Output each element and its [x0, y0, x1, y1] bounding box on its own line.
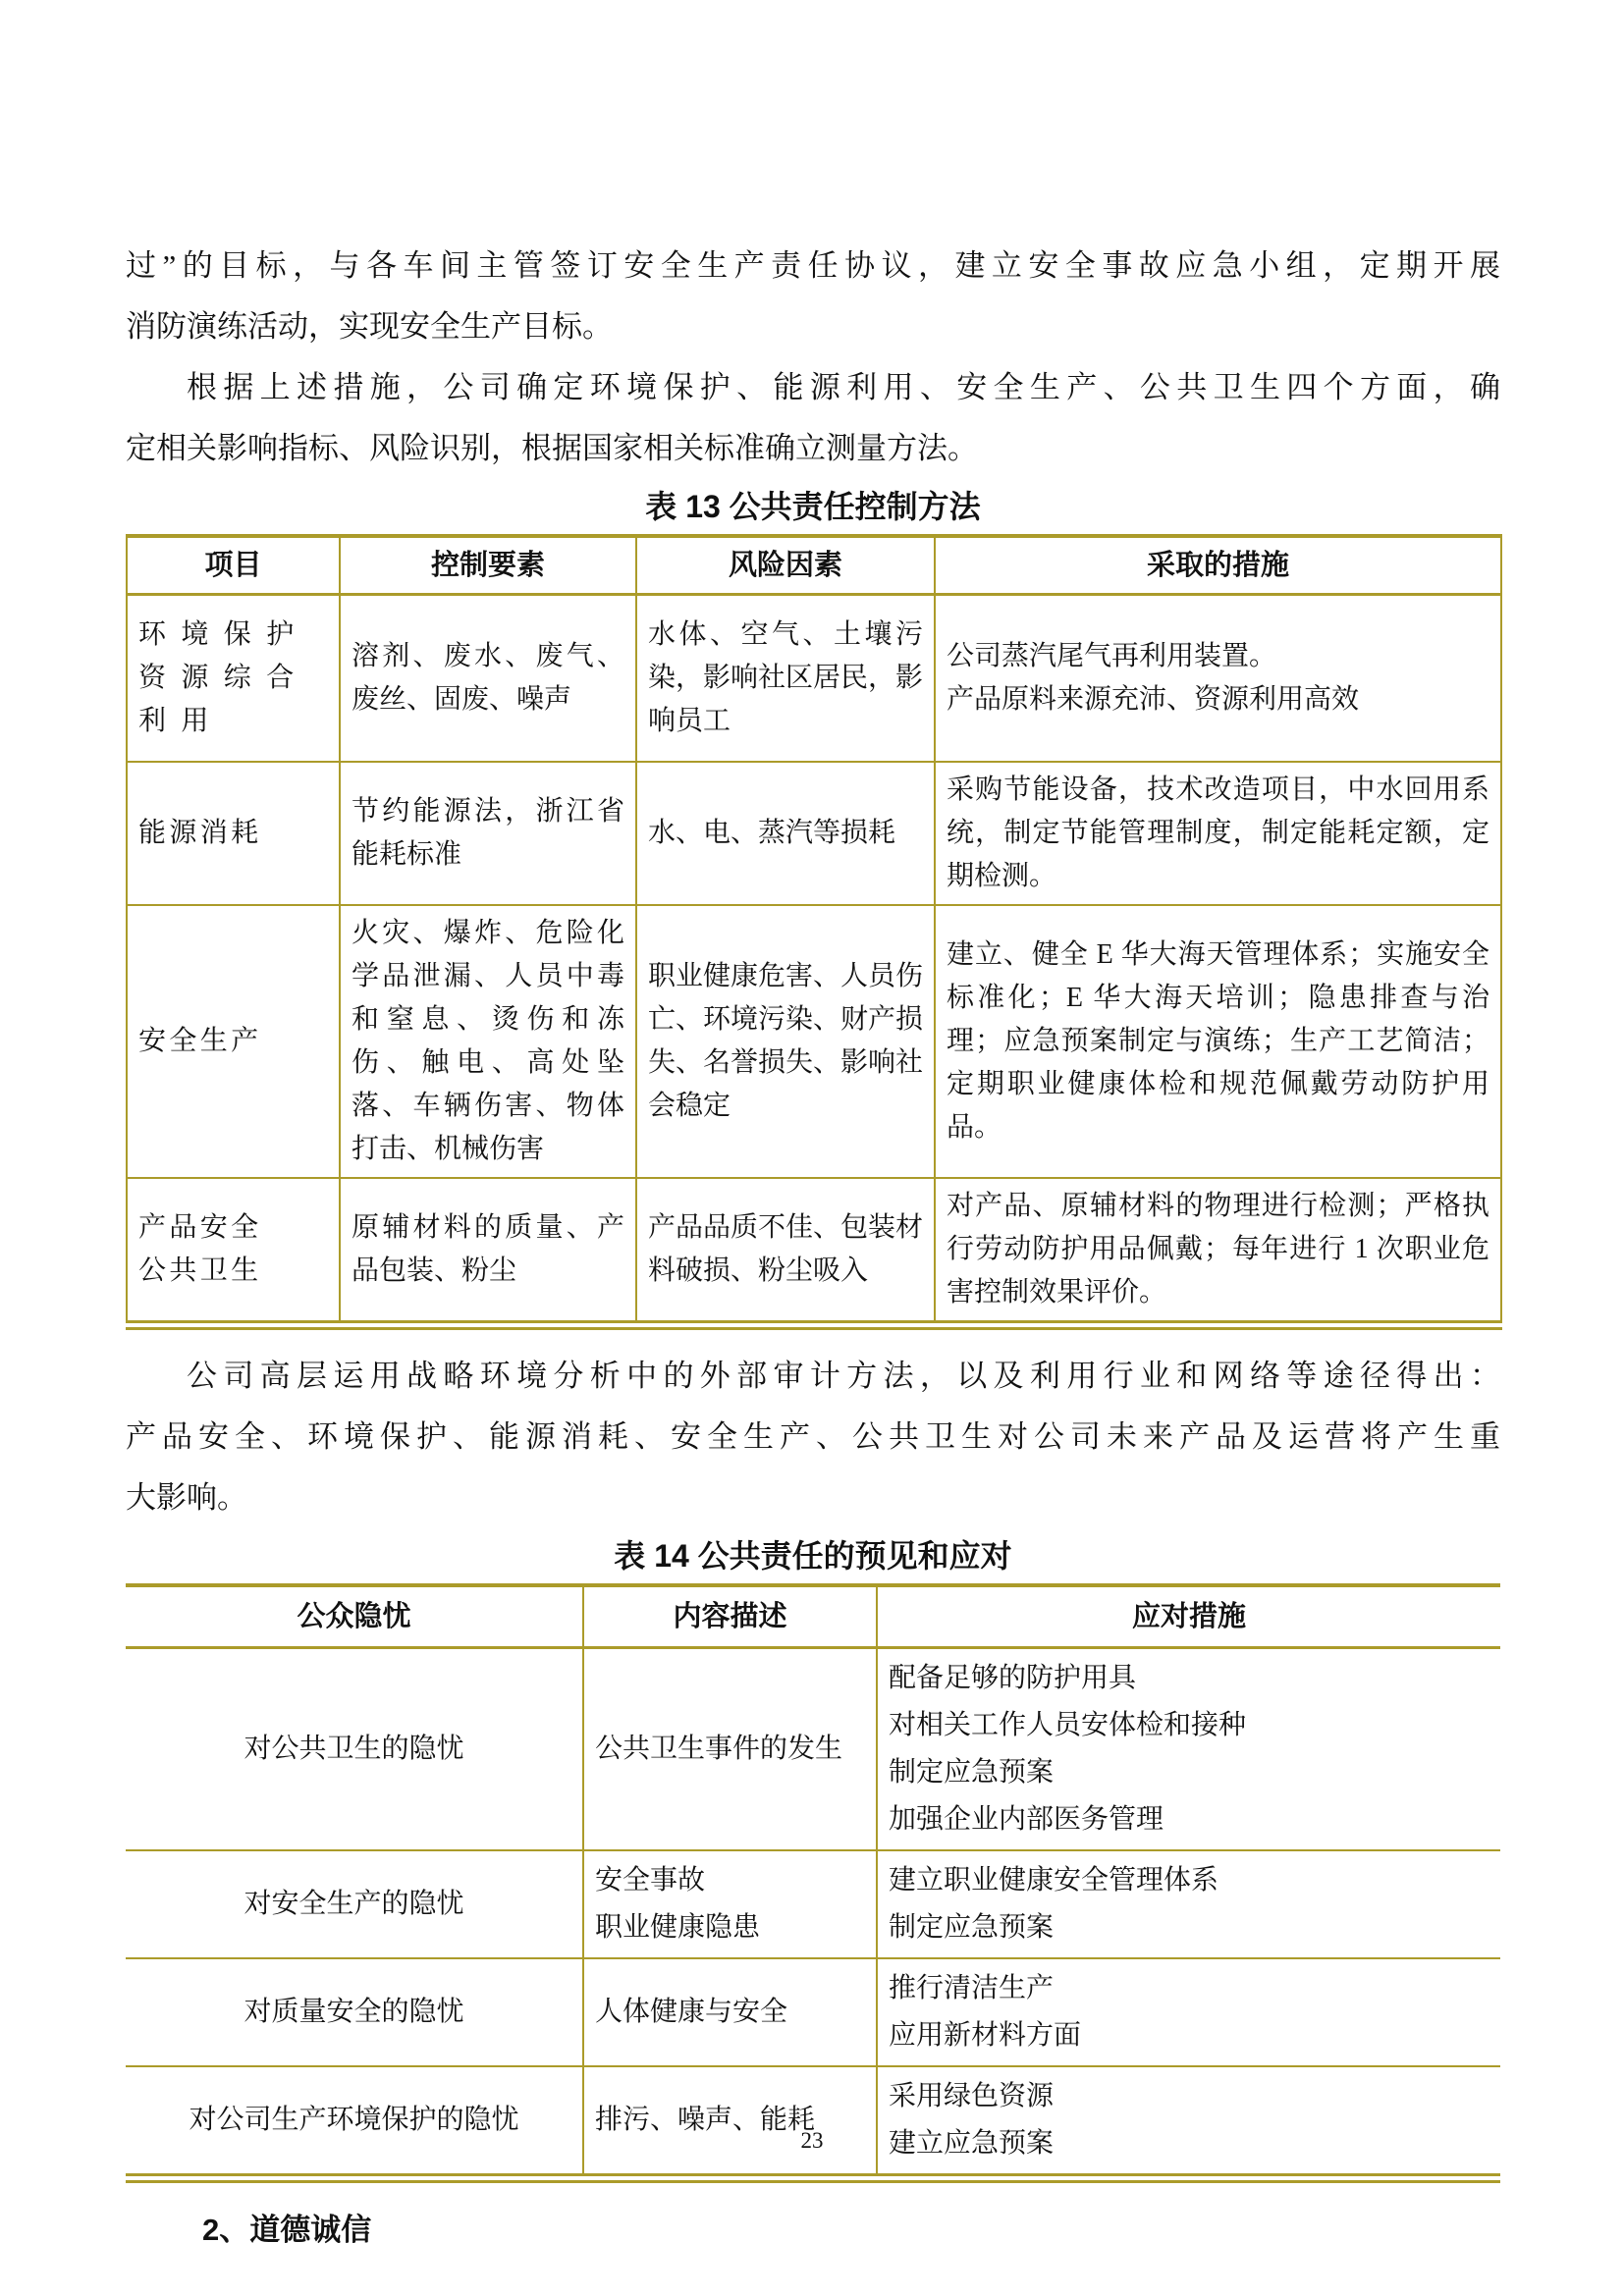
table14-header-row: 公众隐忧 内容描述 应对措施: [126, 1585, 1500, 1648]
paragraph-safety-goals: 过”的目标，与各车间主管签订安全生产责任协议，建立安全事故应急小组，定期开展 消…: [126, 236, 1500, 357]
table-cell: 对公司生产环境保护的隐忧: [126, 2066, 583, 2178]
table13-title: 表 13 公共责任控制方法: [126, 487, 1500, 526]
table14-row-production-safety: 对安全生产的隐忧 安全事故 职业健康隐患 建立职业健康安全管理体系 制定应急预案: [126, 1850, 1500, 1958]
text-line: 根据上述措施，公司确定环境保护、能源利用、安全生产、公共卫生四个方面，确: [126, 357, 1500, 418]
table-cell: 采用绿色资源 建立应急预案: [877, 2066, 1500, 2178]
table13-row-environment: 环境保护 资源综合 利用 溶剂、废水、废气、废丝、固废、噪声 水体、空气、土壤污…: [127, 595, 1501, 762]
table-cell: 对产品、原辅材料的物理进行检测；严格执行劳动防护用品佩戴；每年进行 1 次职业危…: [935, 1178, 1501, 1325]
table-cell: 推行清洁生产 应用新材料方面: [877, 1958, 1500, 2066]
table13-public-responsibility-control: 项目 控制要素 风险因素 采取的措施 环境保护 资源综合 利用 溶剂、废水、废气…: [126, 534, 1502, 1330]
paragraph-analysis: 公司高层运用战略环境分析中的外部审计方法，以及利用行业和网络等途径得出： 产品安…: [126, 1346, 1500, 1528]
table-cell: 对安全生产的隐忧: [126, 1850, 583, 1958]
table13-header-measures: 采取的措施: [935, 536, 1501, 595]
table13-header-item: 项目: [127, 536, 340, 595]
table-cell: 环境保护 资源综合 利用: [127, 595, 340, 762]
table-cell: 溶剂、废水、废气、废丝、固废、噪声: [340, 595, 636, 762]
table-cell: 建立职业健康安全管理体系 制定应急预案: [877, 1850, 1500, 1958]
table13-row-energy: 能源消耗 节约能源法，浙江省能耗标准 水、电、蒸汽等损耗 采购节能设备，技术改造…: [127, 762, 1501, 905]
table-cell: 产品品质不佳、包装材料破损、粉尘吸入: [636, 1178, 935, 1325]
table14-row-environment-protection: 对公司生产环境保护的隐忧 排污、噪声、能耗 采用绿色资源 建立应急预案: [126, 2066, 1500, 2178]
text-line: 产品安全、环境保护、能源消耗、安全生产、公共卫生对公司未来产品及运营将产生重: [126, 1407, 1500, 1468]
paragraph-four-aspects: 根据上述措施，公司确定环境保护、能源利用、安全生产、公共卫生四个方面，确 定相关…: [126, 357, 1500, 479]
table14-public-responsibility-foresight: 公众隐忧 内容描述 应对措施 对公共卫生的隐忧 公共卫生事件的发生 配备足够的防…: [126, 1583, 1500, 2183]
table-cell: 对质量安全的隐忧: [126, 1958, 583, 2066]
page-number: 23: [0, 2128, 1624, 2154]
table13-row-safety: 安全生产 火灾、爆炸、危险化学品泄漏、人员中毒和窒息、烫伤和冻伤、触电、高处坠落…: [127, 905, 1501, 1178]
table-cell: 人体健康与安全: [583, 1958, 877, 2066]
document-page: 过”的目标，与各车间主管签订安全生产责任协议，建立安全事故应急小组，定期开展 消…: [0, 0, 1624, 2296]
text-line: 消防演练活动，实现安全生产目标。: [126, 296, 1500, 357]
table13-header-control: 控制要素: [340, 536, 636, 595]
table-cell: 安全生产: [127, 905, 340, 1178]
text-line: 过”的目标，与各车间主管签订安全生产责任协议，建立安全事故应急小组，定期开展: [126, 236, 1500, 296]
section-heading-morality-integrity: 2、道德诚信: [202, 2211, 1500, 2250]
table-cell: 能源消耗: [127, 762, 340, 905]
table-cell: 配备足够的防护用具 对相关工作人员安体检和接种 制定应急预案 加强企业内部医务管…: [877, 1647, 1500, 1850]
text-line: 定相关影响指标、风险识别，根据国家相关标准确立测量方法。: [126, 418, 1500, 479]
table-cell: 水体、空气、土壤污染，影响社区居民，影响员工: [636, 595, 935, 762]
table14-title: 表 14 公共责任的预见和应对: [126, 1536, 1500, 1575]
table-cell: 对公共卫生的隐忧: [126, 1647, 583, 1850]
table14-header-concern: 公众隐忧: [126, 1585, 583, 1648]
table-cell: 节约能源法，浙江省能耗标准: [340, 762, 636, 905]
table13-row-product: 产品安全 公共卫生 原辅材料的质量、产品包装、粉尘 产品品质不佳、包装材料破损、…: [127, 1178, 1501, 1325]
table-cell: 公共卫生事件的发生: [583, 1647, 877, 1850]
text-line: 公司高层运用战略环境分析中的外部审计方法，以及利用行业和网络等途径得出：: [126, 1346, 1500, 1407]
table14-row-public-health: 对公共卫生的隐忧 公共卫生事件的发生 配备足够的防护用具 对相关工作人员安体检和…: [126, 1647, 1500, 1850]
table-cell: 水、电、蒸汽等损耗: [636, 762, 935, 905]
table-cell: 建立、健全 E 华大海天管理体系；实施安全标准化；E 华大海天培训；隐患排查与治…: [935, 905, 1501, 1178]
table-cell: 采购节能设备，技术改造项目，中水回用系统，制定节能管理制度，制定能耗定额，定期检…: [935, 762, 1501, 905]
table-cell: 职业健康危害、人员伤亡、环境污染、财产损失、名誉损失、影响社会稳定: [636, 905, 935, 1178]
table13-header-row: 项目 控制要素 风险因素 采取的措施: [127, 536, 1501, 595]
table-cell: 排污、噪声、能耗: [583, 2066, 877, 2178]
table-cell: 原辅材料的质量、产品包装、粉尘: [340, 1178, 636, 1325]
text-line: 大影响。: [126, 1468, 1500, 1528]
page-content: 过”的目标，与各车间主管签订安全生产责任协议，建立安全事故应急小组，定期开展 消…: [126, 0, 1500, 2250]
table-cell: 公司蒸汽尾气再利用装置。 产品原料来源充沛、资源利用高效: [935, 595, 1501, 762]
table14-header-description: 内容描述: [583, 1585, 877, 1648]
table-cell: 安全事故 职业健康隐患: [583, 1850, 877, 1958]
table14-row-quality-safety: 对质量安全的隐忧 人体健康与安全 推行清洁生产 应用新材料方面: [126, 1958, 1500, 2066]
table13-header-risk: 风险因素: [636, 536, 935, 595]
table-cell: 火灾、爆炸、危险化学品泄漏、人员中毒和窒息、烫伤和冻伤、触电、高处坠落、车辆伤害…: [340, 905, 636, 1178]
table14-header-measures: 应对措施: [877, 1585, 1500, 1648]
table-cell: 产品安全 公共卫生: [127, 1178, 340, 1325]
